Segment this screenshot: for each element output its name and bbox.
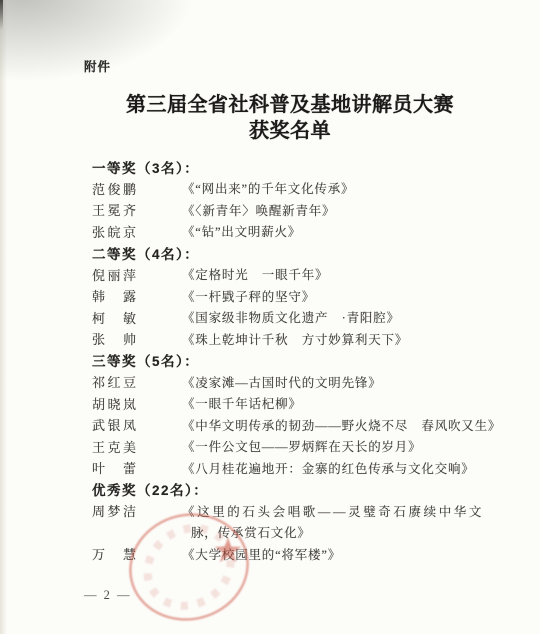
work-title: 《“钻”出文明薪火》 (182, 222, 301, 240)
winner-name: 倪丽萍 (92, 265, 182, 284)
entry-row: 王克美《一件公文包——罗炳辉在天长的岁月》 (92, 436, 520, 458)
entry-row: 万 慧《大学校园里的“将军楼”》 (92, 543, 520, 565)
work-title: 《珠上乾坤计千秋 方寸妙算利天下》 (182, 330, 408, 348)
document-title-line2: 获奖名单 (80, 118, 500, 144)
section-header: 三等奖（5名）： (92, 350, 520, 372)
work-title: 脉，传承赏石文化》 (182, 523, 311, 541)
document-title-line1: 第三届全省社科普及基地讲解员大赛 (80, 92, 500, 118)
winner-name: 王冕齐 (92, 200, 182, 219)
work-title: 《〈新青年〉唤醒新青年》 (182, 201, 335, 219)
work-title: 《一件公文包——罗炳辉在天长的岁月》 (182, 437, 421, 455)
entry-row: 韩 露《一杆戥子秤的坚守》 (92, 285, 520, 307)
winner-name: 范俊鹏 (92, 179, 182, 198)
work-title: 《国家级非物质文化遗产 ·青阳腔》 (182, 308, 400, 326)
winner-name: 叶 蕾 (92, 458, 182, 477)
page-number: — 2 — (84, 588, 132, 603)
section-header: 二等奖（4名）： (92, 242, 520, 264)
work-title: 《中华文明传承的韧劲——野火烧不尽 春风吹又生》 (182, 416, 501, 434)
winner-name: 柯 敏 (92, 308, 182, 327)
work-title: 《这里的石头会唱歌——灵璧奇石赓续中华文 (182, 502, 484, 520)
winner-name: 胡晓岚 (92, 394, 182, 413)
entry-row: 武银凤《中华文明传承的韧劲——野火烧不尽 春风吹又生》 (92, 414, 520, 436)
work-title: 《一杆戥子秤的坚守》 (182, 287, 315, 305)
entry-row: 周梦洁《这里的石头会唱歌——灵璧奇石赓续中华文 (92, 500, 520, 522)
entry-row: 脉，传承赏石文化》 (92, 522, 520, 544)
entry-row: 胡晓岚《一眼千年话杞柳》 (92, 393, 520, 415)
entry-row: 叶 蕾《八月桂花遍地开：金寨的红色传承与文化交响》 (92, 457, 520, 479)
work-title: 《“网出来”的千年文化传承》 (182, 179, 354, 197)
attachment-label: 附件 (84, 57, 111, 75)
section-header: 一等奖（3名）： (92, 156, 520, 178)
entry-row: 祁红豆《凌家滩—古国时代的文明先锋》 (92, 371, 520, 393)
scan-edge-artifact (0, 0, 3, 30)
entry-row: 倪丽萍《定格时光 一眼千年》 (92, 264, 520, 286)
winner-name: 万 慧 (92, 544, 182, 563)
winner-name: 王克美 (92, 437, 182, 456)
section-header: 优秀奖（22名）： (92, 479, 520, 501)
entry-row: 张皖京《“钻”出文明薪火》 (92, 221, 520, 243)
award-list: 一等奖（3名）：范俊鹏《“网出来”的千年文化传承》王冕齐《〈新青年〉唤醒新青年》… (92, 156, 520, 565)
work-title: 《凌家滩—古国时代的文明先锋》 (182, 373, 382, 391)
entry-row: 张 帅《珠上乾坤计千秋 方寸妙算利天下》 (92, 328, 520, 350)
entry-row: 柯 敏《国家级非物质文化遗产 ·青阳腔》 (92, 307, 520, 329)
scanned-page: 附件 第三届全省社科普及基地讲解员大赛 获奖名单 一等奖（3名）：范俊鹏《“网出… (0, 0, 540, 634)
winner-name: 张皖京 (92, 222, 182, 241)
entry-row: 王冕齐《〈新青年〉唤醒新青年》 (92, 199, 520, 221)
winner-name: 张 帅 (92, 329, 182, 348)
winner-name: 祁红豆 (92, 372, 182, 391)
winner-name: 韩 露 (92, 286, 182, 305)
work-title: 《大学校园里的“将军楼”》 (182, 545, 341, 563)
winner-name: 周梦洁 (92, 501, 182, 520)
document-title: 第三届全省社科普及基地讲解员大赛 获奖名单 (80, 92, 500, 144)
entry-row: 范俊鹏《“网出来”的千年文化传承》 (92, 178, 520, 200)
work-title: 《八月桂花遍地开：金寨的红色传承与文化交响》 (182, 459, 475, 477)
scan-left-edge (0, 0, 7, 634)
work-title: 《一眼千年话杞柳》 (182, 394, 302, 412)
work-title: 《定格时光 一眼千年》 (182, 265, 328, 283)
winner-name: 武银凤 (92, 415, 182, 434)
